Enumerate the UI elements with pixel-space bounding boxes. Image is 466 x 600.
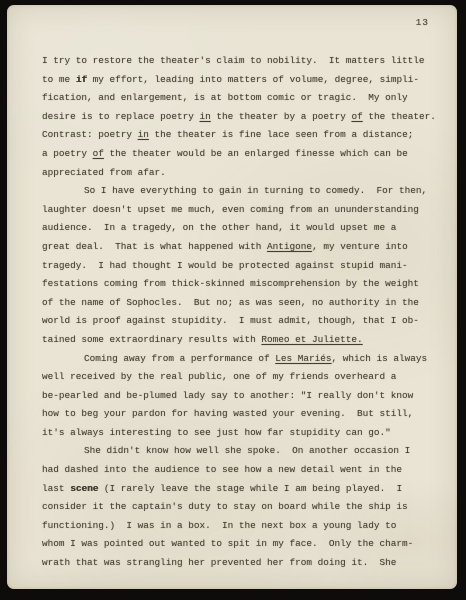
typed-text: audience. In a tragedy, on the other han…	[42, 222, 396, 233]
typed-line: Coming away from a performance of Les Ma…	[42, 350, 436, 369]
typed-text: fication, and enlargement, is at bottom …	[42, 92, 408, 103]
typed-text: , my venture into	[312, 241, 408, 252]
typed-text: tragedy. I had thought I would be protec…	[42, 260, 408, 271]
typed-text: tained some extraordinary results with	[42, 334, 261, 345]
underlined-text: in	[200, 111, 211, 122]
typescript-page: 13 I try to restore the theater's claim …	[7, 5, 457, 589]
typed-line: well received by the real public, one of…	[42, 368, 436, 387]
typed-text: great deal. That is what happened with	[42, 241, 267, 252]
typed-text: Coming away from a performance of	[84, 353, 275, 364]
typed-text: world is proof against stupidity. I must…	[42, 315, 419, 326]
underlined-text: of	[351, 111, 362, 122]
typed-line: of the name of Sophocles. But no; as was…	[42, 294, 436, 313]
typed-line: it's always interesting to see just how …	[42, 424, 436, 443]
typed-text: wrath that was strangling her prevented …	[42, 557, 396, 568]
underlined-text: of	[93, 148, 104, 159]
typed-text: the theater is fine lace seen from a dis…	[149, 129, 413, 140]
typed-line: Contrast: poetry in the theater is fine …	[42, 126, 436, 145]
underlined-text: Romeo et Juliette.	[261, 334, 362, 345]
underlined-text: in	[138, 129, 149, 140]
typed-text: whom I was pointed out wanted to spit in…	[42, 538, 413, 549]
overstruck-text: if	[76, 74, 87, 85]
typed-line: festations coming from thick-skinned mis…	[42, 275, 436, 294]
typed-line: how to beg your pardon for having wasted…	[42, 405, 436, 424]
typed-line: fication, and enlargement, is at bottom …	[42, 89, 436, 108]
typed-text: festations coming from thick-skinned mis…	[42, 278, 419, 289]
typed-line: So I have everything to gain in turning …	[42, 182, 436, 201]
typed-line: last scene (I rarely leave the stage whi…	[42, 480, 436, 499]
typed-text: how to beg your pardon for having wasted…	[42, 408, 413, 419]
typed-text: a poetry	[42, 148, 93, 159]
typed-line: great deal. That is what happened with A…	[42, 238, 436, 257]
typed-line: consider it the captain's duty to stay o…	[42, 498, 436, 517]
typed-text: appreciated from afar.	[42, 167, 166, 178]
page-number: 13	[416, 17, 429, 28]
typed-text: functioning.) I was in a box. In the nex…	[42, 520, 396, 531]
typed-line: audience. In a tragedy, on the other han…	[42, 219, 436, 238]
typed-line: to me if my effort, leading into matters…	[42, 71, 436, 90]
typed-line: tained some extraordinary results with R…	[42, 331, 436, 350]
typed-line: functioning.) I was in a box. In the nex…	[42, 517, 436, 536]
typed-text: of the name of Sophocles. But no; as was…	[42, 297, 419, 308]
typed-line: had dashed into the audience to see how …	[42, 461, 436, 480]
typed-text: the theater would be an enlarged finesse…	[104, 148, 408, 159]
typed-text: to me	[42, 74, 76, 85]
typed-line: be-pearled and be-plumed lady say to ano…	[42, 387, 436, 406]
typed-line: world is proof against stupidity. I must…	[42, 312, 436, 331]
typed-text: So I have everything to gain in turning …	[84, 185, 427, 196]
typed-line: tragedy. I had thought I would be protec…	[42, 257, 436, 276]
typed-text: She didn't know how well she spoke. On a…	[84, 445, 410, 456]
typed-text: laughter doesn't upset me much, even com…	[42, 204, 419, 215]
typed-text: well received by the real public, one of…	[42, 371, 396, 382]
typed-text: the theater by a poetry	[211, 111, 352, 122]
typed-text: I try to restore the theater's claim to …	[42, 55, 425, 66]
photo-background: { "page": { "number": "13", "paper_color…	[0, 0, 466, 600]
typed-text: my effort, leading into matters of volum…	[87, 74, 419, 85]
typed-text: Contrast: poetry	[42, 129, 138, 140]
typed-text: consider it the captain's duty to stay o…	[42, 501, 408, 512]
typed-line: a poetry of the theater would be an enla…	[42, 145, 436, 164]
typed-text: desire is to replace poetry	[42, 111, 200, 122]
typed-line: I try to restore the theater's claim to …	[42, 52, 436, 71]
typed-line: laughter doesn't upset me much, even com…	[42, 201, 436, 220]
typed-text: had dashed into the audience to see how …	[42, 464, 402, 475]
typed-text: , which is always	[332, 353, 428, 364]
typed-text: last	[42, 483, 70, 494]
underlined-text: Les Mariés	[275, 353, 331, 364]
typed-line: appreciated from afar.	[42, 164, 436, 183]
typed-line: wrath that was strangling her prevented …	[42, 554, 436, 573]
typed-text: (I rarely leave the stage while I am bei…	[98, 483, 402, 494]
underlined-text: Antigone	[267, 241, 312, 252]
typed-text: it's always interesting to see just how …	[42, 427, 391, 438]
typed-text: the theater.	[363, 111, 436, 122]
typed-text: be-pearled and be-plumed lady say to ano…	[42, 390, 413, 401]
typed-line: She didn't know how well she spoke. On a…	[42, 442, 436, 461]
typescript-body: I try to restore the theater's claim to …	[42, 52, 436, 573]
typed-line: desire is to replace poetry in the theat…	[42, 108, 436, 127]
overstruck-text: scene	[70, 483, 98, 494]
typed-line: whom I was pointed out wanted to spit in…	[42, 535, 436, 554]
